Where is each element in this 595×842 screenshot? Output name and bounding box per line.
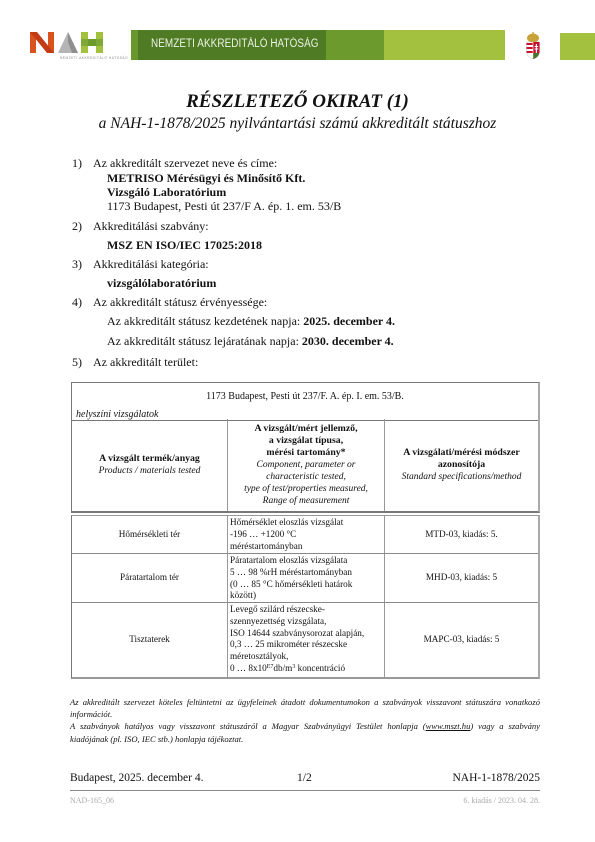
mszt-link[interactable]: www.mszt.hu <box>426 721 471 731</box>
section-label: Akkreditálási kategória: <box>93 257 209 272</box>
cell-method: MAPC-03, kiadás: 5 <box>385 603 538 677</box>
document-subtitle: a NAH-1-1878/2025 nyilvántartási számú a… <box>0 115 595 133</box>
footer-divider <box>70 790 540 791</box>
table-body: Hőmérsékleti tér Hőmérséklet eloszlás vi… <box>71 515 540 679</box>
accreditation-standard: MSZ EN ISO/IEC 17025:2018 <box>107 238 262 253</box>
validity-start: Az akkreditált státusz kezdetének napja:… <box>107 314 395 329</box>
validity-end-label: Az akkreditált státusz lejáratának napja… <box>107 334 299 348</box>
section-label: Akkreditálási szabvány: <box>93 219 209 234</box>
validity-start-date: 2025. december 4. <box>303 314 395 328</box>
table-row: Páratartalom tér Páratartalom eloszlás v… <box>72 554 538 603</box>
cell-method: MTD-03, kiadás: 5. <box>385 516 538 553</box>
note-2: A szabványok hatályos vagy visszavont st… <box>70 720 540 744</box>
validity-end: Az akkreditált státusz lejáratának napja… <box>107 334 394 349</box>
footer-page-number: 1/2 <box>297 772 312 784</box>
cell-method: MHD-03, kiadás: 5 <box>385 554 538 602</box>
page-header: NEMZETI AKKREDITÁLÓ HATÓSÁG NEMZETI AKKR… <box>0 30 595 62</box>
validity-end-date: 2030. december 4. <box>302 334 394 348</box>
header-products: A vizsgált termék/anyag Products / mater… <box>72 419 228 511</box>
footer-edition: 6. kiadás / 2023. 04. 28. <box>463 796 540 805</box>
note-1: Az akkreditált szervezet köteles feltünt… <box>70 696 540 720</box>
accreditation-category: vizsgálólaboratórium <box>107 276 216 291</box>
section-number: 3) <box>72 257 82 272</box>
section-label: Az akkreditált terület: <box>93 355 198 370</box>
agency-banner: NEMZETI AKKREDITÁLÓ HATÓSÁG <box>131 30 505 60</box>
header-method: A vizsgálati/mérési módszer azonosítója … <box>385 419 538 511</box>
banner-title: NEMZETI AKKREDITÁLÓ HATÓSÁG <box>151 38 319 50</box>
document-title: RÉSZLETEZŐ OKIRAT (1) <box>0 91 595 113</box>
cell-product: Tisztaterek <box>72 603 228 677</box>
footer-form-id: NAD-165_06 <box>70 796 114 805</box>
table-header-row: A vizsgált termék/anyag Products / mater… <box>71 419 540 513</box>
nah-logo: NEMZETI AKKREDITÁLÓ HATÓSÁG <box>30 30 110 62</box>
section-number: 2) <box>72 219 82 234</box>
coat-of-arms-icon <box>525 32 541 60</box>
table-row: Tisztaterek Levegő szilárd részecske- sz… <box>72 603 538 677</box>
section-number: 5) <box>72 355 82 370</box>
site-address: 1173 Budapest, Pesti út 237/F. A. ép. I.… <box>72 391 538 402</box>
footer-reference: NAH-1-1878/2025 <box>452 772 540 784</box>
table-location-header: 1173 Budapest, Pesti út 237/F. A. ép. I.… <box>71 382 540 421</box>
section-label: Az akkreditált szervezet neve és címe: <box>93 156 277 171</box>
table-row: Hőmérsékleti tér Hőmérséklet eloszlás vi… <box>72 516 538 554</box>
legal-notes: Az akkreditált szervezet köteles feltünt… <box>70 696 540 745</box>
section-number: 1) <box>72 156 82 171</box>
validity-start-label: Az akkreditált státusz kezdetének napja: <box>107 314 300 328</box>
logo-subtitle: NEMZETI AKKREDITÁLÓ HATÓSÁG <box>60 56 128 60</box>
section-label: Az akkreditált státusz érvényessége: <box>93 295 267 310</box>
org-address: 1173 Budapest, Pesti út 237/F A. ép. 1. … <box>107 199 341 214</box>
cell-parameter: Páratartalom eloszlás vizsgálata 5 … 98 … <box>228 554 385 602</box>
cell-product: Páratartalom tér <box>72 554 228 602</box>
concentration-range: 0 … 8x10E7db/m3 koncentráció <box>230 663 382 675</box>
banner-side-block <box>560 33 595 60</box>
cell-parameter: Hőmérséklet eloszlás vizsgálat -196 … +1… <box>228 516 385 553</box>
org-name-line-1: METRISO Mérésügyi és Minősítő Kft. <box>107 171 305 186</box>
header-parameters: A vizsgált/mért jellemző, a vizsgálat tí… <box>228 419 385 511</box>
cell-product: Hőmérsékleti tér <box>72 516 228 553</box>
footer-place-date: Budapest, 2025. december 4. <box>70 772 204 784</box>
section-number: 4) <box>72 295 82 310</box>
cell-parameter: Levegő szilárd részecske- szennyezettség… <box>228 603 385 677</box>
org-name-line-2: Vizsgáló Laboratórium <box>107 185 226 200</box>
